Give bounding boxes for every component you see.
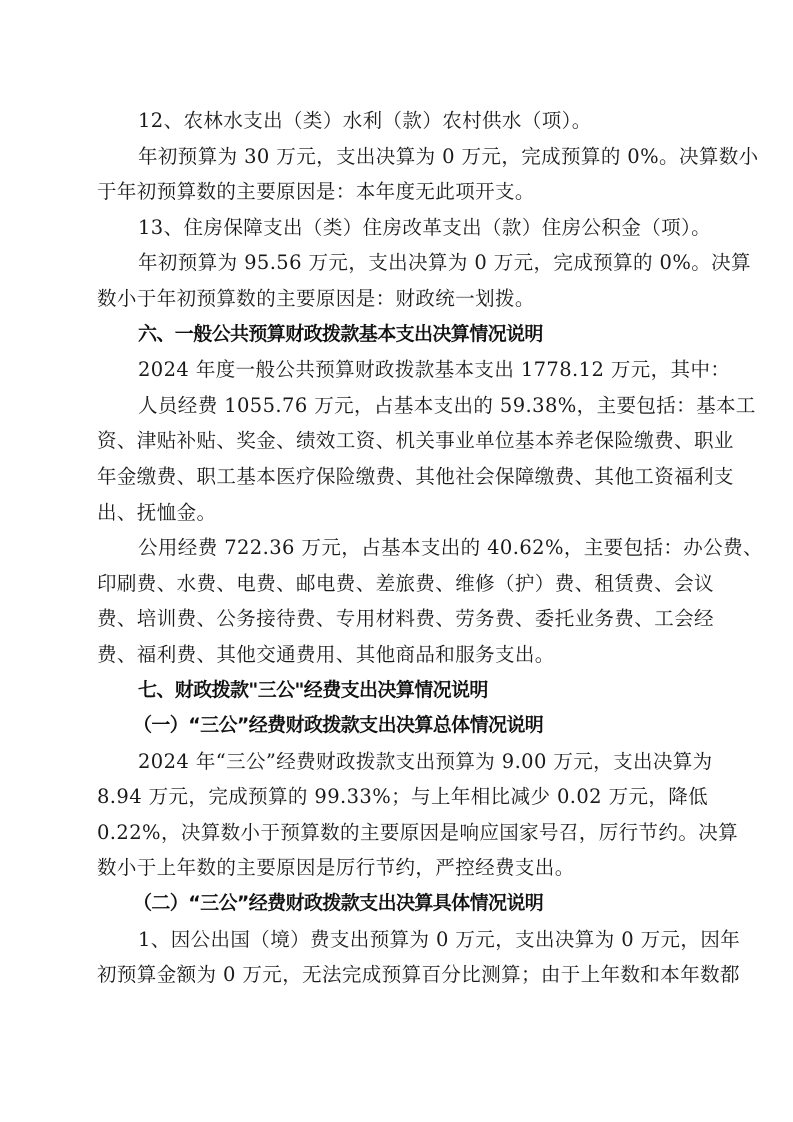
paragraph-line: 年初预算为 30 万元，支出决算为 0 万元，完成预算的 0%。决算数小: [97, 139, 697, 175]
item-title-housing-provident-fund: 13、住房保障支出（类）住房改革支出（款）住房公积金（项）。: [97, 210, 697, 246]
paragraph-line: 2024 年度一般公共预算财政拨款基本支出 1778.12 万元，其中：: [97, 352, 697, 388]
paragraph-line: 于年初预算数的主要原因是：本年度无此项开支。: [97, 174, 697, 210]
paragraph-line: 年初预算为 95.56 万元，支出决算为 0 万元，完成预算的 0%。决算: [97, 245, 697, 281]
subsection-heading-overall: （一）“三公”经费财政拨款支出决算总体情况说明: [97, 708, 697, 744]
paragraph-line: 费、福利费、其他交通费用、其他商品和服务支出。: [97, 637, 697, 673]
paragraph-line: 1、因公出国（境）费支出预算为 0 万元，支出决算为 0 万元，因年: [97, 922, 697, 958]
paragraph-line: 初预算金额为 0 万元，无法完成预算百分比测算；由于上年数和本年数都: [97, 957, 697, 993]
paragraph-line: 2024 年“三公”经费财政拨款支出预算为 9.00 万元，支出决算为: [97, 744, 697, 780]
paragraph-line: 费、培训费、公务接待费、专用材料费、劳务费、委托业务费、工会经: [97, 601, 697, 637]
paragraph-line: 公用经费 722.36 万元，占基本支出的 40.62%，主要包括：办公费、: [97, 530, 697, 566]
paragraph-line: 0.22%，决算数小于预算数的主要原因是响应国家号召，厉行节约。决算: [97, 815, 697, 851]
paragraph-line: 数小于年初预算数的主要原因是：财政统一划拨。: [97, 281, 697, 317]
paragraph-line: 8.94 万元，完成预算的 99.33%；与上年相比减少 0.02 万元，降低: [97, 779, 697, 815]
paragraph-line: 印刷费、水费、电费、邮电费、差旅费、维修（护）费、租赁费、会议: [97, 566, 697, 602]
paragraph-line: 人员经费 1055.76 万元，占基本支出的 59.38%，主要包括：基本工: [97, 388, 697, 424]
section-heading-basic-expenditure: 六、一般公共预算财政拨款基本支出决算情况说明: [97, 317, 697, 353]
paragraph-line: 数小于上年数的主要原因是厉行节约，严控经费支出。: [97, 850, 697, 886]
paragraph-line: 年金缴费、职工基本医疗保险缴费、其他社会保障缴费、其他工资福利支: [97, 459, 697, 495]
paragraph-line: 出、抚恤金。: [97, 495, 697, 531]
document-page: 12、农林水支出（类）水利（款）农村供水（项）。 年初预算为 30 万元，支出决…: [97, 103, 697, 993]
paragraph-line: 资、津贴补贴、奖金、绩效工资、机关事业单位基本养老保险缴费、职业: [97, 423, 697, 459]
item-title-agriculture-water-supply: 12、农林水支出（类）水利（款）农村供水（项）。: [97, 103, 697, 139]
subsection-heading-specific: （二）“三公”经费财政拨款支出决算具体情况说明: [97, 886, 697, 922]
section-heading-three-public-expenses: 七、财政拨款"三公"经费支出决算情况说明: [97, 673, 697, 709]
